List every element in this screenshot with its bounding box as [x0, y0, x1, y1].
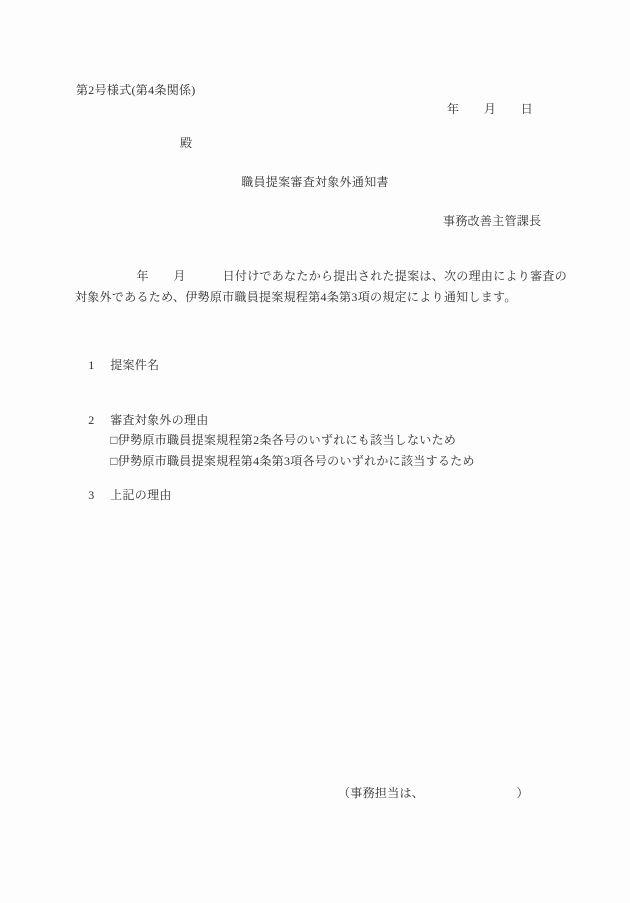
section-number: 3 [88, 488, 110, 503]
document-title: 職員提案審査対象外通知書 [0, 175, 630, 190]
section-heading: 提案件名 [110, 358, 159, 372]
date-line: 年 月 日 [447, 102, 533, 117]
section-proposal-title: 1提案件名 [75, 343, 159, 388]
addressee-honorific: 殿 [180, 136, 192, 151]
clerical-contact-note: （事務担当は、 ） [338, 786, 529, 801]
sender-title: 事務改善主管課長 [443, 214, 541, 229]
document-page: 第2号様式(第4条関係) 年 月 日 殿 職員提案審査対象外通知書 事務改善主管… [0, 0, 630, 903]
form-number-label: 第2号様式(第4条関係) [76, 83, 196, 98]
checkbox-icon: □ [110, 454, 118, 468]
body-paragraph: 年 月 日付けであなたから提出された提案は、次の理由により審査の対象外であるため… [75, 266, 569, 308]
section-heading: 上記の理由 [110, 488, 172, 502]
section-number: 1 [88, 358, 110, 373]
reason-option-label: 伊勢原市職員提案規程第4条第3項各号のいずれかに該当するため [118, 454, 475, 468]
section-above-reason: 3上記の理由 [75, 473, 172, 518]
